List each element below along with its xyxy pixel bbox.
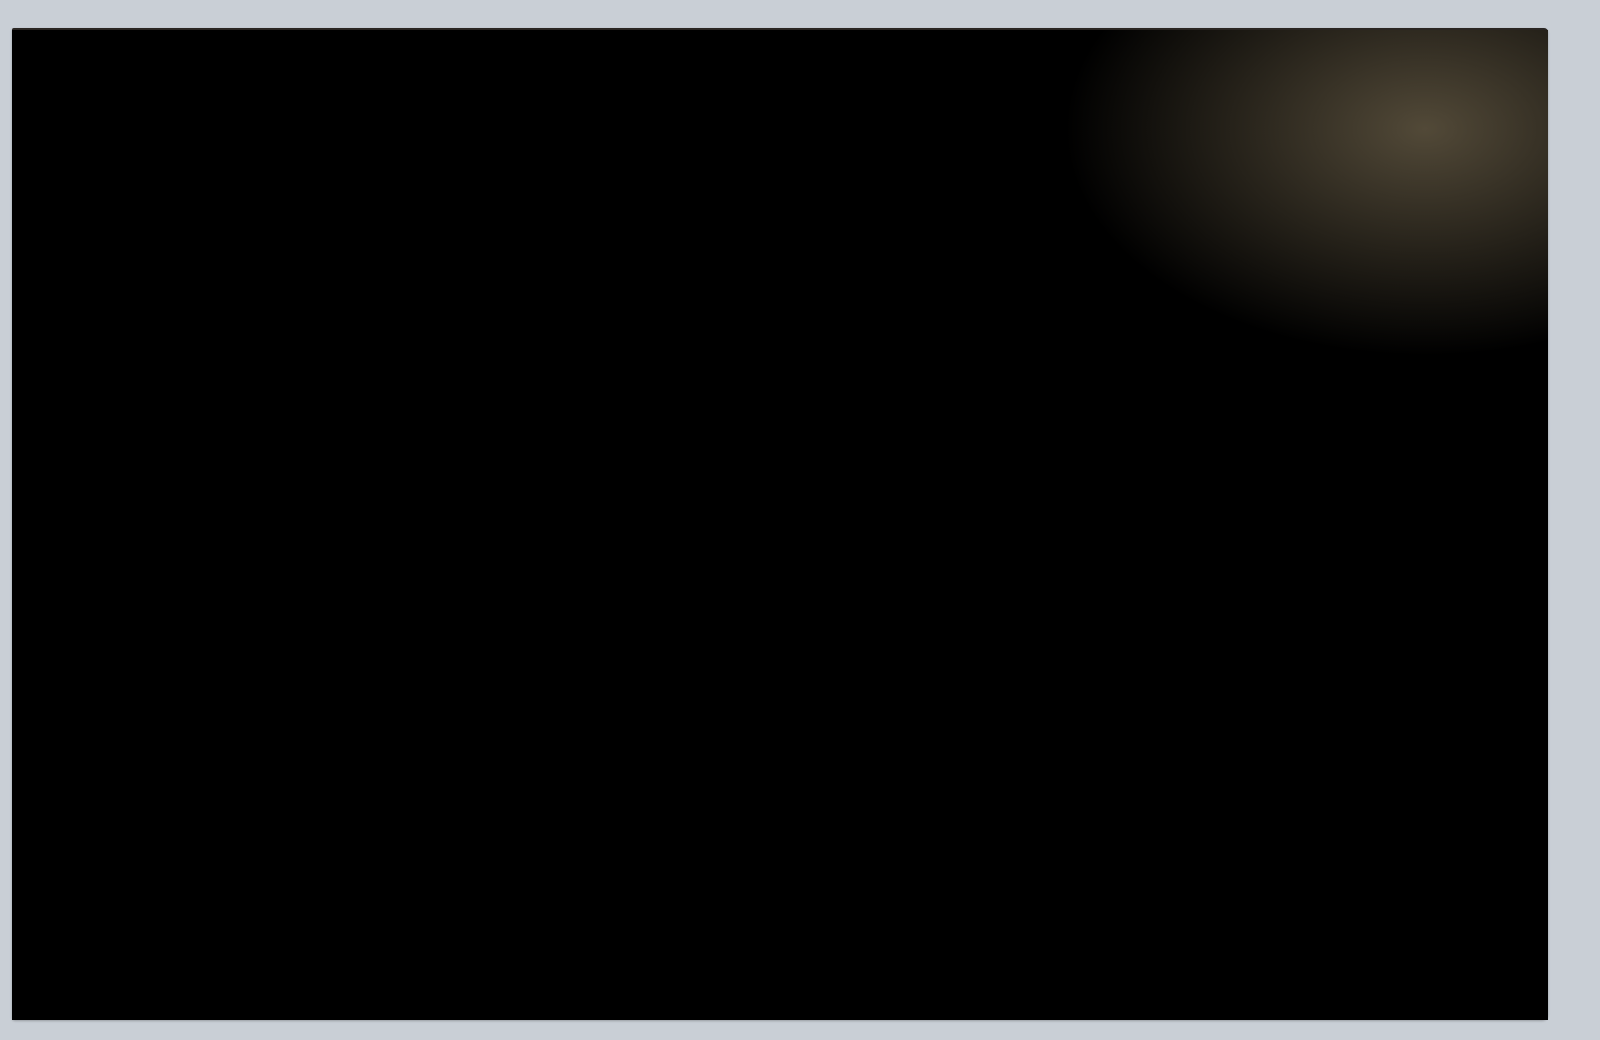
- address-line-country: U.S.A.: [1077, 810, 1206, 852]
- message-line: are near Kingston eat-: [37, 508, 526, 551]
- postcard-back: Grafton - Ont. P2100 BELLEVILLE, ONTARIO…: [12, 28, 1548, 1020]
- message-line: is nice. Hot in day,: [37, 620, 440, 663]
- publisher-credit: Plastichrome ® by COLOURPICTURE PUBLISHE…: [754, 120, 784, 840]
- message-line: derful trip. The falls: [42, 330, 480, 373]
- message-line: last night. Will write: [67, 782, 513, 825]
- post-card-label: Post Card: [947, 320, 1137, 366]
- address-line-apartment: apt 302: [892, 605, 1054, 647]
- message-line: We are having a won-: [82, 268, 552, 311]
- postmark-date: JUN 28: [542, 207, 742, 235]
- picture-caption: A Peaceful Lagoon: [325, 923, 472, 942]
- message-line: were beautiful. You: [37, 392, 459, 435]
- registered-mark-icon: ®: [770, 250, 782, 259]
- message-greeting: Hi Charlotte:: [37, 188, 343, 234]
- postmark-time: 11:30 PM: [542, 179, 742, 207]
- message-line: ing lunch. Weather: [37, 562, 451, 605]
- postmark-country: CANADA: [542, 290, 742, 313]
- publisher-text: by COLOURPICTURE PUBLISHERS, INC., Bosto…: [764, 268, 779, 731]
- message-line: cool at night. I slept: [42, 675, 480, 718]
- publisher-brand: Plastichrome: [763, 120, 782, 246]
- message-line: again when I find: [72, 840, 452, 883]
- message-date: 6-28-59: [442, 125, 589, 163]
- stamp-meter-mark-icon: [1364, 55, 1514, 225]
- message-signature: alice: [384, 960, 480, 1000]
- message-line: under two heavy blankets: [37, 730, 560, 770]
- message-line: must see them. We: [42, 454, 455, 497]
- postmark-year: 1959: [542, 235, 742, 263]
- address-line-recipient: Mrs. Charlotte Hughes: [812, 470, 1302, 512]
- location-title: Grafton - Ont.: [52, 98, 294, 133]
- address-line-city: Charleston 4, W.Va: [827, 698, 1228, 740]
- address-line-street: 409- 41 st S. E: [847, 540, 1158, 582]
- card-code: P2100: [818, 55, 872, 75]
